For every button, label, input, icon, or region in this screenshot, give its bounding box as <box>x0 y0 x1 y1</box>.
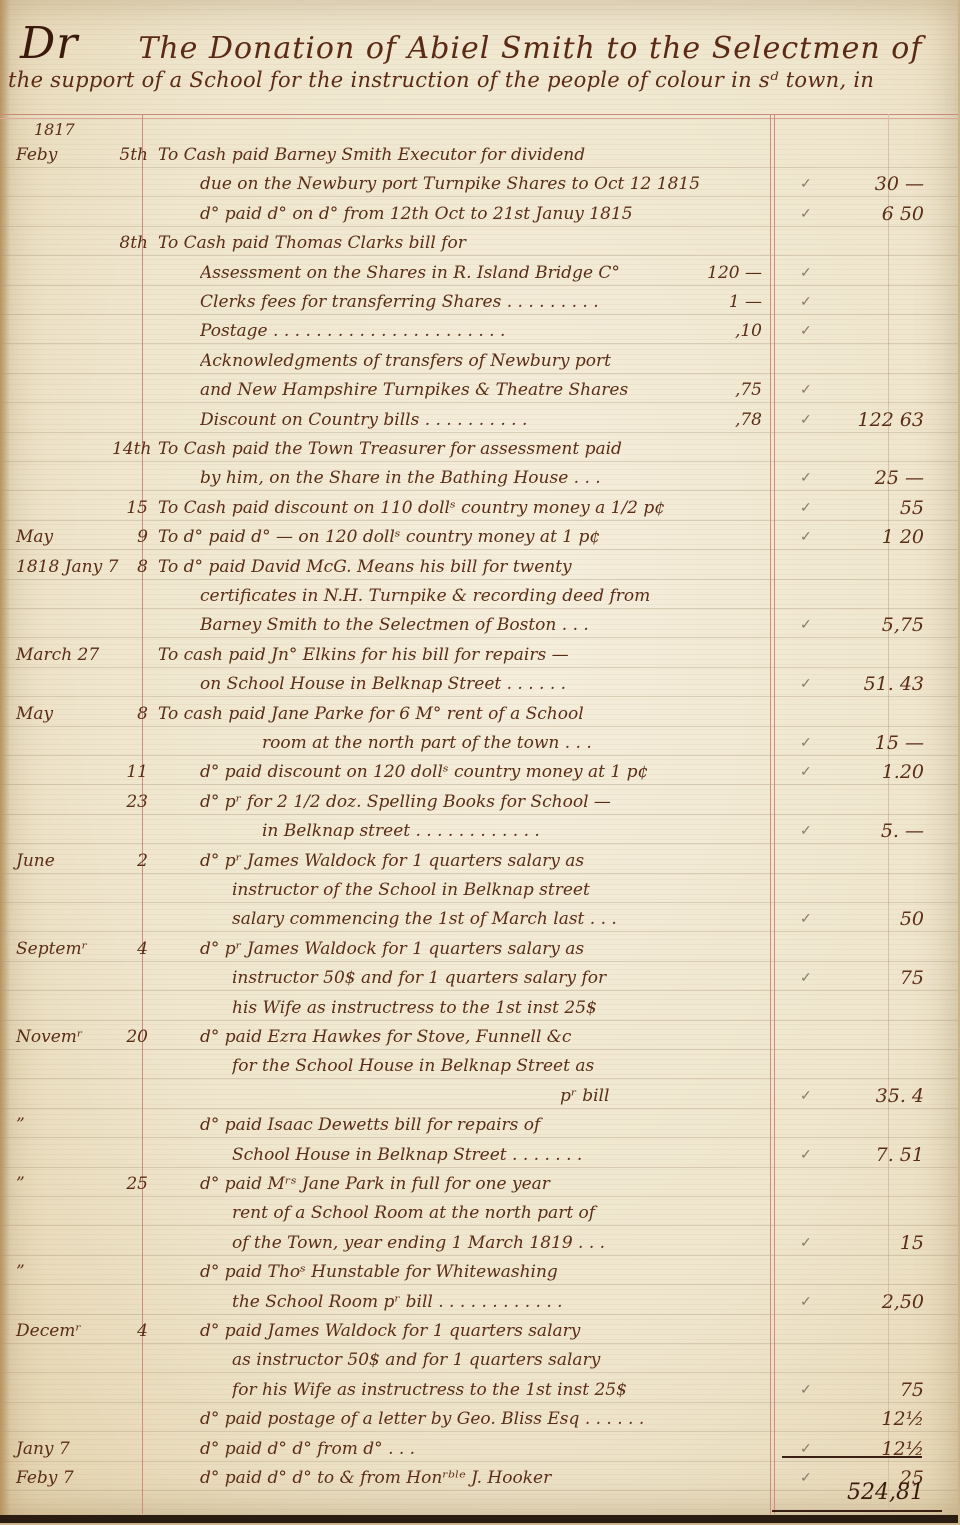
entry-amount: 6 50 <box>826 199 924 229</box>
ledger-row: Postage . . . . . . . . . . . . . . . . … <box>0 316 958 346</box>
ledger-row: d° paid d° on d° from 12th Oct to 21st J… <box>0 199 958 229</box>
entry-subamount: ,10 <box>700 316 762 346</box>
entry-month: Feby <box>16 140 116 170</box>
ledger-row: by him, on the Share in the Bathing Hous… <box>0 463 958 493</box>
entry-day: 4 <box>112 1316 148 1346</box>
entry-amount: 50 <box>826 904 924 934</box>
header-rule <box>0 114 958 115</box>
entry-month: Jany 7 <box>16 1434 116 1464</box>
ledger-row: Jany 7d° paid d° d° from d° . . .✓12½ <box>0 1434 958 1464</box>
ledger-row: 8thTo Cash paid Thomas Clarks bill for <box>0 228 958 258</box>
check-mark-icon: ✓ <box>800 258 820 288</box>
check-mark-icon: ✓ <box>800 375 820 405</box>
check-mark-icon: ✓ <box>800 169 820 199</box>
ledger-row: his Wife as instructress to the 1st inst… <box>0 993 958 1023</box>
check-mark-icon: ✓ <box>800 199 820 229</box>
entry-subamount: ,78 <box>700 405 762 435</box>
ledger-row: ”d° paid Isaac Dewetts bill for repairs … <box>0 1110 958 1140</box>
entry-description: To Cash paid Thomas Clarks bill for <box>158 228 758 258</box>
entry-amount: 15 <box>826 1228 924 1258</box>
entry-description: Acknowledgments of transfers of Newbury … <box>200 346 800 376</box>
entry-description: d° paid d° d° from d° . . . <box>200 1434 800 1464</box>
entry-amount: 12½ <box>826 1404 924 1434</box>
check-mark-icon: ✓ <box>800 1375 820 1405</box>
ledger-row: for his Wife as instructress to the 1st … <box>0 1375 958 1405</box>
entry-description: rent of a School Room at the north part … <box>232 1198 832 1228</box>
entry-month: Novemʳ <box>16 1022 116 1052</box>
entry-day: 14th <box>112 434 148 464</box>
entry-description: room at the north part of the town . . . <box>262 728 862 758</box>
ledger-row: in Belknap street . . . . . . . . . . . … <box>0 816 958 846</box>
entry-description: To Cash paid the Town Treasurer for asse… <box>158 434 758 464</box>
ledger-row: June2d° pʳ James Waldock for 1 quarters … <box>0 846 958 876</box>
entry-description: To Cash paid Barney Smith Executor for d… <box>158 140 758 170</box>
ledger-row: March 27To cash paid Jn° Elkins for his … <box>0 640 958 670</box>
check-mark-icon: ✓ <box>800 1140 820 1170</box>
entry-description: d° pʳ James Waldock for 1 quarters salar… <box>200 846 800 876</box>
ledger-row: 23d° pʳ for 2 1/2 doz. Spelling Books fo… <box>0 787 958 817</box>
entry-day: 23 <box>112 787 148 817</box>
entry-month: March 27 <box>16 640 116 670</box>
ledger-row: of the Town, year ending 1 March 1819 . … <box>0 1228 958 1258</box>
entry-description: Barney Smith to the Selectmen of Boston … <box>200 610 800 640</box>
entry-amount: 35. 4 <box>826 1081 924 1111</box>
entry-description: for his Wife as instructress to the 1st … <box>232 1375 832 1405</box>
entry-description: for the School House in Belknap Street a… <box>232 1051 832 1081</box>
entry-amount: 75 <box>826 963 924 993</box>
entry-subamount: 120 — <box>700 258 762 288</box>
entry-description: as instructor 50$ and for 1 quarters sal… <box>232 1345 832 1375</box>
entry-description: the School Room pʳ bill . . . . . . . . … <box>232 1287 832 1317</box>
ledger-row: instructor 50$ and for 1 quarters salary… <box>0 963 958 993</box>
ledger-row: ”d° paid Thoˢ Hunstable for Whitewashing <box>0 1257 958 1287</box>
check-mark-icon: ✓ <box>800 1287 820 1317</box>
entry-description: School House in Belknap Street . . . . .… <box>232 1140 832 1170</box>
check-mark-icon: ✓ <box>800 610 820 640</box>
entry-month: ” <box>16 1110 116 1140</box>
entry-description: by him, on the Share in the Bathing Hous… <box>200 463 800 493</box>
check-mark-icon: ✓ <box>800 1434 820 1464</box>
ledger-row: pʳ bill✓35. 4 <box>0 1081 958 1111</box>
check-mark-icon: ✓ <box>800 1081 820 1111</box>
check-mark-icon: ✓ <box>800 904 820 934</box>
ledger-row: School House in Belknap Street . . . . .… <box>0 1140 958 1170</box>
entry-amount: 1.20 <box>826 757 924 787</box>
entry-month: Septemʳ <box>16 934 116 964</box>
ledger-row: Assessment on the Shares in R. Island Br… <box>0 258 958 288</box>
title-text-1: The Donation of Abiel Smith to the Selec… <box>138 31 922 66</box>
check-mark-icon: ✓ <box>800 757 820 787</box>
entry-description: instructor of the School in Belknap stre… <box>232 875 832 905</box>
entry-subamount: ,75 <box>700 375 762 405</box>
check-mark-icon: ✓ <box>800 1228 820 1258</box>
ledger-row: due on the Newbury port Turnpike Shares … <box>0 169 958 199</box>
check-mark-icon: ✓ <box>800 287 820 317</box>
entry-day: 15 <box>112 493 148 523</box>
check-mark-icon: ✓ <box>800 816 820 846</box>
entry-description: d° paid postage of a letter by Geo. Blis… <box>200 1404 800 1434</box>
entry-day: 8 <box>112 699 148 729</box>
check-mark-icon: ✓ <box>800 728 820 758</box>
header-rule-double <box>0 118 958 119</box>
entry-amount: 55 <box>826 493 924 523</box>
entry-description: salary commencing the 1st of March last … <box>232 904 832 934</box>
ledger-row: salary commencing the 1st of March last … <box>0 904 958 934</box>
ledger-row: instructor of the School in Belknap stre… <box>0 875 958 905</box>
entry-month: May <box>16 699 116 729</box>
ledger-row: on School House in Belknap Street . . . … <box>0 669 958 699</box>
ledger-row: Feby5thTo Cash paid Barney Smith Executo… <box>0 140 958 170</box>
ledger-total: 524,81 <box>800 1480 924 1505</box>
entry-amount: 7. 51 <box>826 1140 924 1170</box>
entry-day: 9 <box>112 522 148 552</box>
ledger-row: and New Hampshire Turnpikes & Theatre Sh… <box>0 375 958 405</box>
ledger-row: as instructor 50$ and for 1 quarters sal… <box>0 1345 958 1375</box>
entry-description: d° paid discount on 120 dollˢ country mo… <box>200 757 800 787</box>
entry-description: d° paid d° d° to & from Honʳᵇˡᵉ J. Hooke… <box>200 1463 800 1493</box>
entry-description: in Belknap street . . . . . . . . . . . … <box>262 816 862 846</box>
entry-description: d° pʳ James Waldock for 1 quarters salar… <box>200 934 800 964</box>
entry-month: June <box>16 846 116 876</box>
check-mark-icon: ✓ <box>800 522 820 552</box>
ledger-row: ”25d° paid Mʳˢ Jane Park in full for one… <box>0 1169 958 1199</box>
entry-description: To cash paid Jn° Elkins for his bill for… <box>158 640 758 670</box>
entry-description: on School House in Belknap Street . . . … <box>200 669 800 699</box>
entry-month: ” <box>16 1169 116 1199</box>
entry-description: d° paid Ezra Hawkes for Stove, Funnell &… <box>200 1022 800 1052</box>
ledger-row: Novemʳ20d° paid Ezra Hawkes for Stove, F… <box>0 1022 958 1052</box>
entry-description: his Wife as instructress to the 1st inst… <box>232 993 832 1023</box>
entry-description: of the Town, year ending 1 March 1819 . … <box>232 1228 832 1258</box>
entry-amount: 5,75 <box>826 610 924 640</box>
entry-day: 8 <box>112 552 148 582</box>
ledger-row: May9To d° paid d° — on 120 dollˢ country… <box>0 522 958 552</box>
entry-subamount: 1 — <box>700 287 762 317</box>
entry-amount: 12½ <box>826 1434 924 1464</box>
entry-month: May <box>16 522 116 552</box>
entry-month: ” <box>16 1257 116 1287</box>
entry-month: Feby 7 <box>16 1463 116 1493</box>
entry-description: due on the Newbury port Turnpike Shares … <box>200 169 800 199</box>
entry-amount: 1 20 <box>826 522 924 552</box>
entry-description: To Cash paid discount on 110 dollˢ count… <box>158 493 758 523</box>
entry-amount: 25 — <box>826 463 924 493</box>
ledger-row: room at the north part of the town . . .… <box>0 728 958 758</box>
entry-day: 11 <box>112 757 148 787</box>
ledger-row: Decemʳ4d° paid James Waldock for 1 quart… <box>0 1316 958 1346</box>
entry-description: certificates in N.H. Turnpike & recordin… <box>200 581 800 611</box>
entry-description: d° pʳ for 2 1/2 doz. Spelling Books for … <box>200 787 800 817</box>
entry-amount: 75 <box>826 1375 924 1405</box>
entry-month: 1818 Jany 7 <box>16 552 116 582</box>
entry-description: d° paid Thoˢ Hunstable for Whitewashing <box>200 1257 800 1287</box>
ledger-title-line-1: DrThe Donation of Abiel Smith to the Sel… <box>20 18 960 69</box>
total-underline-bottom <box>772 1510 942 1512</box>
entry-month: Decemʳ <box>16 1316 116 1346</box>
ledger-row: the School Room pʳ bill . . . . . . . . … <box>0 1287 958 1317</box>
check-mark-icon: ✓ <box>800 669 820 699</box>
ledger-row: certificates in N.H. Turnpike & recordin… <box>0 581 958 611</box>
entry-description: d° paid James Waldock for 1 quarters sal… <box>200 1316 800 1346</box>
entry-amount: 51. 43 <box>826 669 924 699</box>
ledger-row: Acknowledgments of transfers of Newbury … <box>0 346 958 376</box>
ledger-row: 1818 Jany 78To d° paid David McG. Means … <box>0 552 958 582</box>
ledger-row: Clerks fees for transferring Shares . . … <box>0 287 958 317</box>
entry-amount: 122 63 <box>826 405 924 435</box>
ledger-row: Barney Smith to the Selectmen of Boston … <box>0 610 958 640</box>
entry-description: To d° paid d° — on 120 dollˢ country mon… <box>158 522 758 552</box>
entry-day: 5th <box>112 140 148 170</box>
entry-description: d° paid Mʳˢ Jane Park in full for one ye… <box>200 1169 800 1199</box>
check-mark-icon: ✓ <box>800 963 820 993</box>
entry-description: instructor 50$ and for 1 quarters salary… <box>232 963 832 993</box>
ledger-row: 15To Cash paid discount on 110 dollˢ cou… <box>0 493 958 523</box>
ledger-row: rent of a School Room at the north part … <box>0 1198 958 1228</box>
check-mark-icon: ✓ <box>800 316 820 346</box>
total-underline-top <box>782 1456 922 1458</box>
entry-description: To cash paid Jane Parke for 6 M° rent of… <box>158 699 758 729</box>
check-mark-icon: ✓ <box>800 493 820 523</box>
entry-day: 4 <box>112 934 148 964</box>
entry-amount: 2,50 <box>826 1287 924 1317</box>
ledger-row: May8To cash paid Jane Parke for 6 M° ren… <box>0 699 958 729</box>
entry-amount: 30 — <box>826 169 924 199</box>
entry-description: To d° paid David McG. Means his bill for… <box>158 552 758 582</box>
ledger-row: d° paid postage of a letter by Geo. Blis… <box>0 1404 958 1434</box>
entry-day: 20 <box>112 1022 148 1052</box>
check-mark-icon: ✓ <box>800 463 820 493</box>
entry-day: 8th <box>112 228 148 258</box>
ledger-title-line-2: the support of a School for the instruct… <box>8 68 948 92</box>
ledger-page: DrThe Donation of Abiel Smith to the Sel… <box>0 0 958 1523</box>
entry-description: d° paid d° on d° from 12th Oct to 21st J… <box>200 199 800 229</box>
entry-amount: 15 — <box>826 728 924 758</box>
entry-day: 25 <box>112 1169 148 1199</box>
ledger-row: 14thTo Cash paid the Town Treasurer for … <box>0 434 958 464</box>
debit-label: Dr <box>20 18 78 69</box>
entry-description: d° paid Isaac Dewetts bill for repairs o… <box>200 1110 800 1140</box>
ledger-row: 11d° paid discount on 120 dollˢ country … <box>0 757 958 787</box>
year-1817: 1817 <box>34 120 75 139</box>
entry-day: 2 <box>112 846 148 876</box>
ledger-row: for the School House in Belknap Street a… <box>0 1051 958 1081</box>
ledger-row: Discount on Country bills . . . . . . . … <box>0 405 958 435</box>
check-mark-icon: ✓ <box>800 405 820 435</box>
ledger-row: Septemʳ4d° pʳ James Waldock for 1 quarte… <box>0 934 958 964</box>
entry-amount: 5. — <box>826 816 924 846</box>
